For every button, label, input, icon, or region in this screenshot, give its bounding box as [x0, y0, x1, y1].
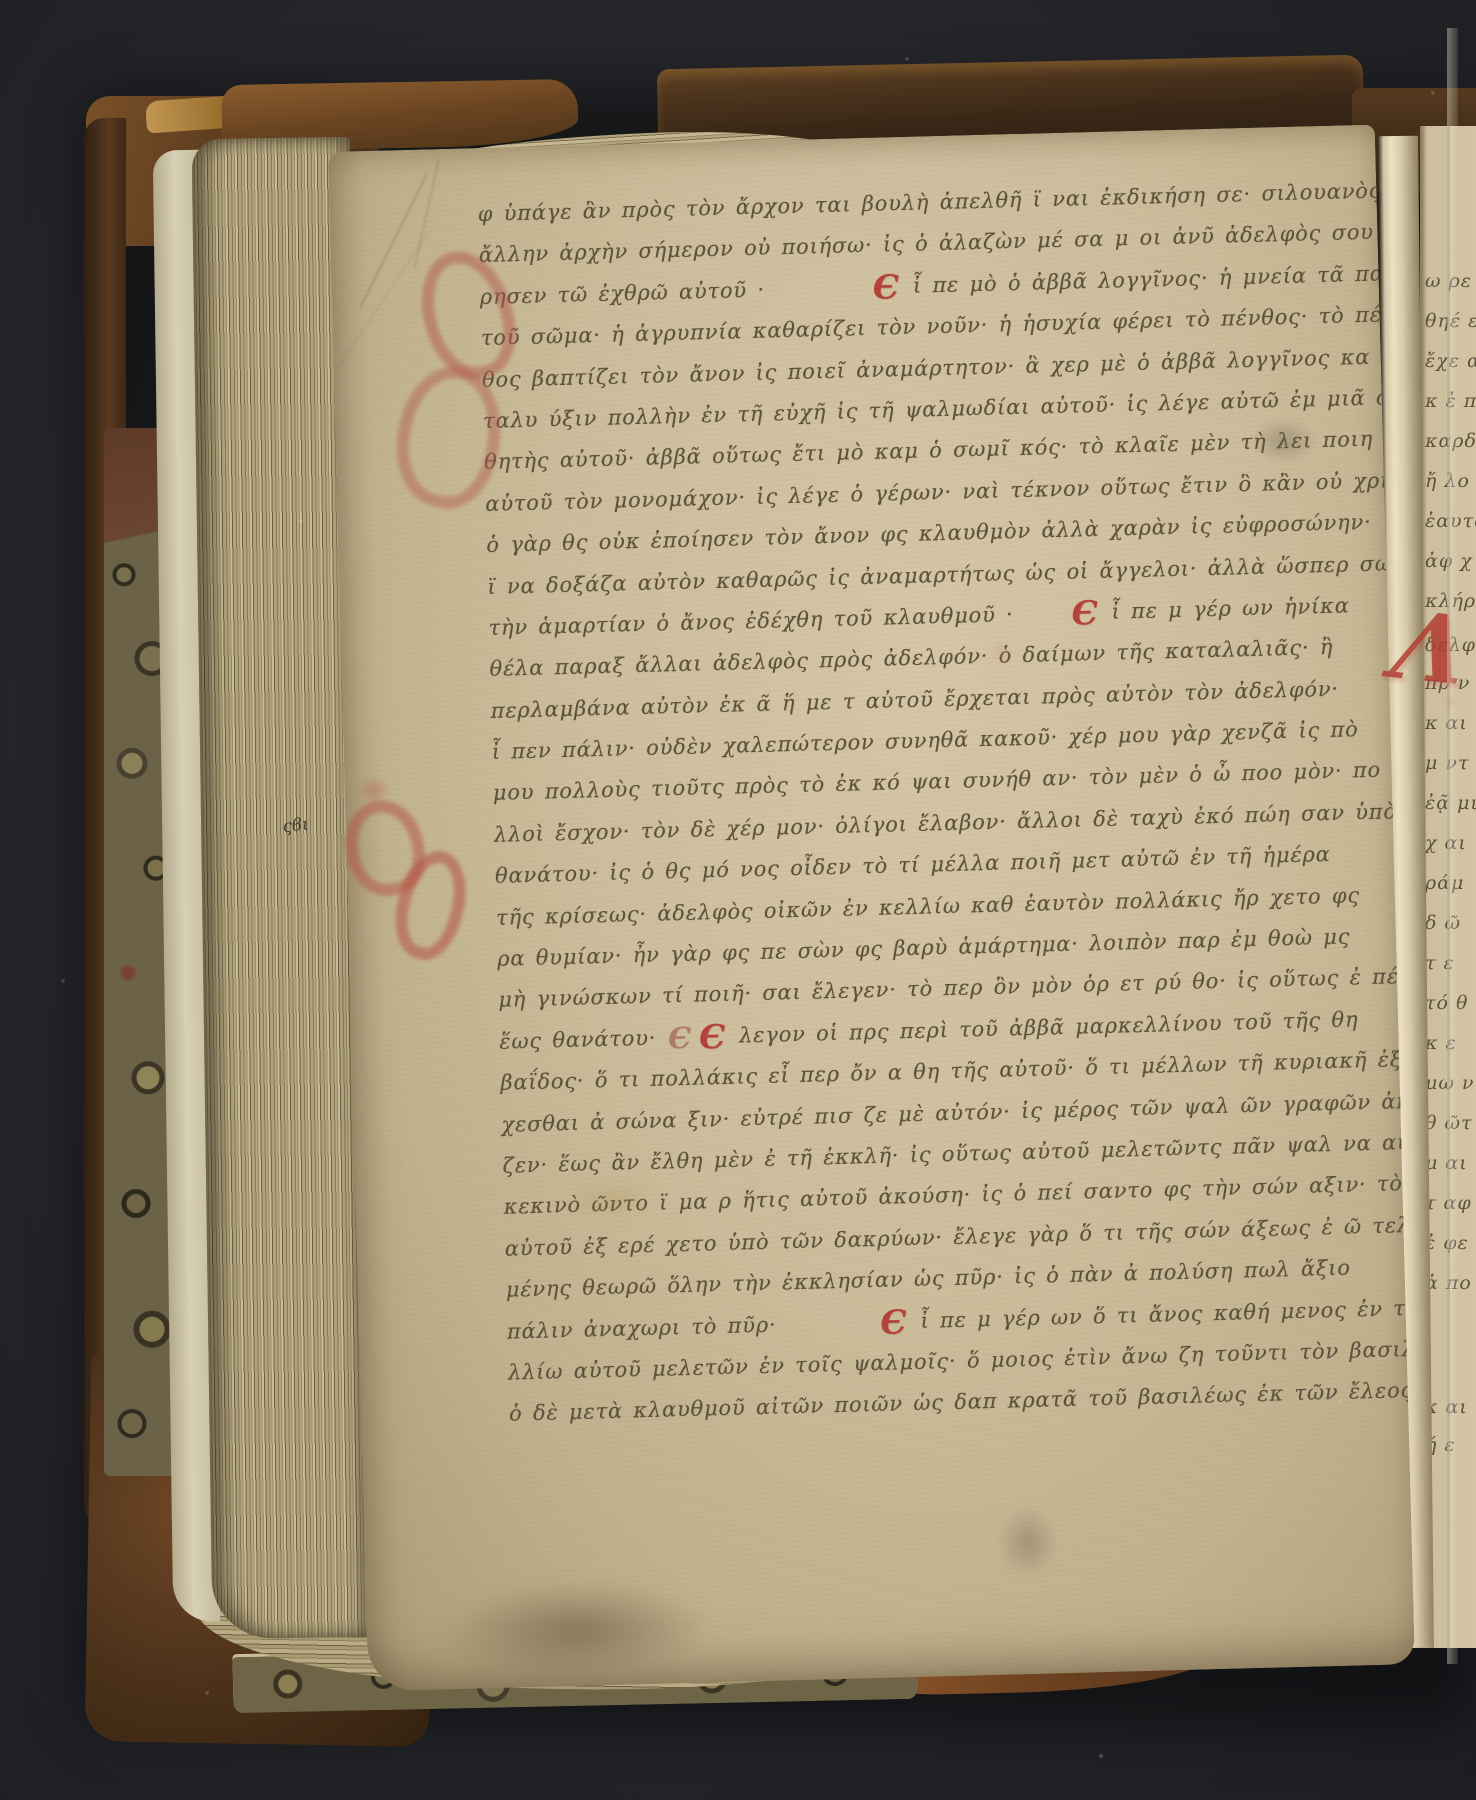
gray-smudge-lower — [986, 1492, 1070, 1592]
page-grime — [395, 1561, 758, 1691]
line-text: ἕως θανάτου· — [499, 1025, 656, 1053]
manuscript-photo: ςϐι φ ὑπάγε ἂν πρὸς τὸν ἄρχον ται βουλὴ … — [0, 0, 1476, 1800]
line-text: ρησεν τῶ ἐχθρῶ αὐτοῦ · — [480, 277, 766, 308]
rubric-initial: Є — [1071, 593, 1099, 633]
text-block: φ ὑπάγε ἂν πρὸς τὸν ἄρχον ται βουλὴ ἀπελ… — [477, 171, 1399, 1436]
line-text: ἶ πε μὸ ὁ ἀββᾶ λογγῖνος· ἡ μνεία τᾶ παν … — [913, 258, 1415, 297]
line-text: ἶ πε μ γέρ ων ὅ τι ἄνος καθή μενος ἐν τῶ… — [920, 1294, 1415, 1332]
yellow-stain — [545, 1168, 677, 1230]
dust-specks — [0, 0, 2, 2]
pink-ghost-smudge — [986, 636, 1016, 670]
foredge-ink-mark: ςϐι — [282, 811, 345, 847]
sliver-text-fragment: χ αι — [1425, 832, 1467, 854]
page-crease — [359, 174, 428, 309]
sliver-text-fragment: ράμ — [1425, 872, 1464, 894]
glass-sheet-edge — [1447, 28, 1458, 1664]
line-text: λεγον οἱ πρς περὶ τοῦ ἀββᾶ μαρκελλίνου τ… — [739, 1007, 1359, 1047]
red-offset-stain-dots — [352, 772, 396, 808]
line-text: ἶ πε μ γέρ ων ἡνίκα — [1111, 593, 1350, 623]
rubric-initial: Є — [872, 267, 900, 307]
rubric-ghost: Є — [668, 1021, 693, 1056]
line-text: τὴν ἁμαρτίαν ὁ ἄνος ἐδέχθη τοῦ κλαυθμοῦ … — [488, 602, 1014, 640]
line-text: πάλιν ἀναχωρι τὸ πῦρ· — [507, 1312, 777, 1343]
rubric-initial: Є — [699, 1017, 727, 1057]
rubric-initial: Є — [880, 1302, 908, 1342]
gray-smudge — [1238, 410, 1330, 472]
